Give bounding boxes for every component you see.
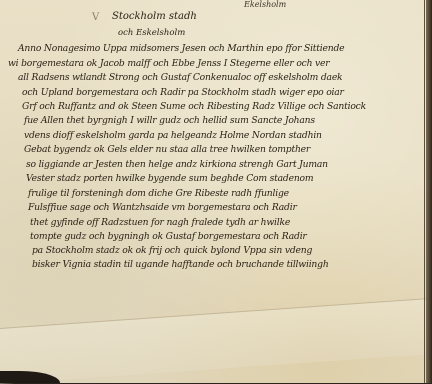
text-line: wi borgemestara ok Jacob malff och Ebbe … [8,59,329,68]
manuscript-text: V Ekelsholm Stockholm stadh och Eskelsho… [0,0,432,383]
text-line: tompte gudz och bygningh ok Gustaf borge… [30,232,307,241]
text-line: och Upland borgemestara och Radir pa Sto… [22,88,344,97]
text-line: so liggiande ar Jesten then helge andz k… [26,160,328,169]
header-annotation: Ekelsholm [244,0,286,9]
text-line: Gebat bygendz ok Gels elder nu staa alla… [24,145,310,154]
text-line: all Radsens wtlandt Strong och Gustaf Co… [18,73,342,82]
text-line: Grf och Ruffantz and ok Steen Sume och R… [22,102,366,111]
text-line: bisker Vignia stadin til ugande hafftand… [32,260,329,269]
margin-mark: V [92,12,99,23]
title-line-2: och Eskelsholm [118,28,185,38]
title-line-1: Stockholm stadh [112,11,197,22]
text-line: fue Allen thet byrgnigh I willr gudz och… [24,116,315,125]
text-line: Fulsffiue sage och Wantzhsaide vm borgem… [28,203,297,212]
text-line: pa Stockholm stadz ok ok frij och quick … [32,246,312,255]
text-line: thet gyfinde off Radzstuen for nagh fral… [30,218,290,227]
text-line: frulige til forsteningh dom diche Gre Ri… [28,189,289,198]
text-line: Anno Nonagesimo Uppa midsomers Jesen och… [18,44,344,53]
text-line: Vester stadz porten hwilke bygende sum b… [26,174,313,183]
text-line: vdens dioff eskelsholm garda pa helgeand… [24,131,322,140]
